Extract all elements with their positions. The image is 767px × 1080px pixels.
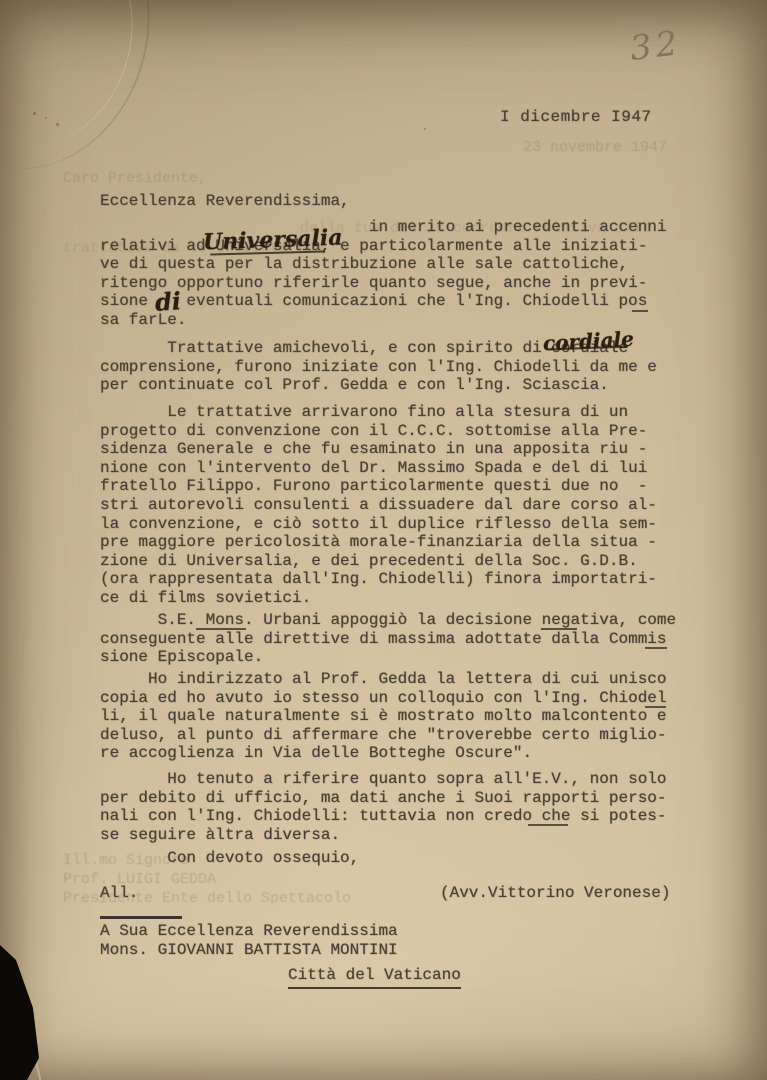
underline-commis: [645, 647, 667, 649]
scanned-letter-page: 23 novembre 1947 Caro Presidente, della …: [0, 0, 767, 1080]
letter-date: I dicembre I947: [500, 108, 652, 127]
paragraph-1: in merito ai precedenti accenni relativi…: [100, 218, 667, 330]
underline-negativa: [541, 628, 577, 630]
paragraph-3: Le trattative arrivarono fino alla stesu…: [100, 403, 657, 608]
paper-speck: [33, 112, 36, 115]
recipient-line-2: Mons. GIOVANNI BATTISTA MONTINI: [100, 941, 398, 960]
recipient-city: Città del Vaticano: [288, 966, 461, 989]
enclosure-abbreviation: All.: [100, 884, 138, 903]
paper-speck: [45, 117, 47, 119]
paper-speck: [56, 123, 59, 126]
signature-name: (Avv.Vittorino Veronese): [440, 884, 670, 903]
paragraph-4: S.E. Mons. Urbani appoggiò la decisione …: [100, 611, 676, 667]
bleed-through-date: 23 novembre 1947: [523, 139, 667, 156]
underline-che: [528, 824, 568, 826]
handwritten-universalia: Universalia: [203, 225, 343, 256]
underline-mons: [196, 628, 246, 630]
underline-pos: [632, 310, 648, 312]
letter-salutation: Eccellenza Reverendissima,: [100, 192, 350, 211]
handwritten-di: di: [154, 286, 182, 317]
recipient-line-1: A Sua Eccellenza Reverendissima: [100, 922, 398, 941]
bleed-through-addressee: Prof. LUIGI GEDDA: [63, 871, 216, 888]
closing-line: Con devoto ossequio,: [100, 849, 359, 868]
bleed-through-salutation: Caro Presidente,: [63, 170, 207, 187]
handwritten-cordiale: cordiale: [542, 327, 634, 356]
underline-chiodel: [645, 706, 666, 708]
pencil-page-number: 32: [628, 23, 684, 69]
separator-rule: [100, 916, 182, 919]
paragraph-5: Ho indirizzato al Prof. Gedda la lettera…: [100, 670, 667, 763]
paragraph-6: Ho tenuto a riferire quanto sopra all'E.…: [100, 770, 667, 844]
paper-speck: [424, 128, 426, 130]
